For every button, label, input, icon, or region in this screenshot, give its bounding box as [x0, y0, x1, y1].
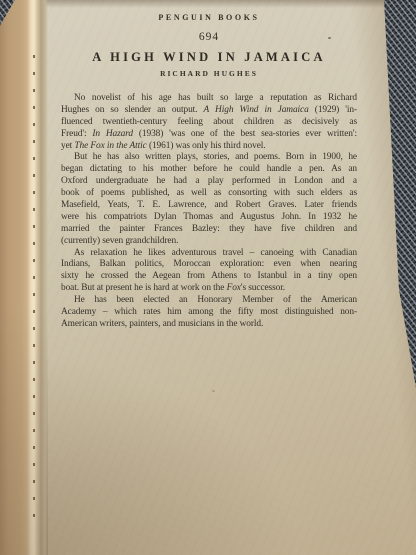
book-title: A HIGH WIND IN JAMAICA — [61, 50, 357, 65]
text-line: yet The Fox in the Attic (1961) was only… — [61, 141, 357, 153]
text-line: He has been elected an Honorary Member o… — [61, 295, 357, 307]
text-line: Indians, Balkan politics, Moroccan explo… — [61, 259, 357, 271]
text-line: But he has also written plays, stories, … — [61, 152, 357, 164]
body-paragraph: No novelist of his age has built so larg… — [61, 93, 357, 152]
text-line: began dictating to his mother before he … — [61, 164, 357, 176]
book-page: PENGUIN BOOKS 694 A HIGH WIND IN JAMAICA… — [0, 0, 416, 555]
text-line: fluenced twentieth-century feeling about… — [61, 117, 357, 129]
paper-speck — [212, 390, 215, 392]
text-line: book of poems published, as well as cons… — [61, 188, 357, 200]
text-line: boat. But at present he is hard at work … — [61, 283, 357, 295]
text-line: American writers, painters, and musician… — [61, 319, 357, 331]
body-paragraph: As relaxation he likes adventurous trave… — [61, 248, 357, 296]
author-name: RICHARD HUGHES — [61, 69, 357, 78]
text-line: As relaxation he likes adventurous trave… — [61, 248, 357, 260]
binding-stitches — [33, 55, 35, 525]
text-line: sixty he crossed the Aegean from Athens … — [61, 271, 357, 283]
series-number: 694 — [61, 31, 357, 43]
blurb-text: No novelist of his age has built so larg… — [61, 93, 357, 331]
text-line: Academy – which rates him among the fift… — [61, 307, 357, 319]
spine-gutter — [0, 0, 48, 555]
text-line: (currently) seven grandchildren. — [61, 236, 357, 248]
book-page-photo: PENGUIN BOOKS 694 A HIGH WIND IN JAMAICA… — [0, 0, 416, 555]
text-line: married the painter Frances Bazley: they… — [61, 224, 357, 236]
text-line: No novelist of his age has built so larg… — [61, 93, 357, 105]
body-paragraph: He has been elected an Honorary Member o… — [61, 295, 357, 331]
text-line: Hughes on so slender an output. A High W… — [61, 105, 357, 117]
paper-speck — [328, 37, 331, 39]
text-line: were his compatriots Dylan Thomas and Au… — [61, 212, 357, 224]
text-line: Oxford undergraduate he had a play perfo… — [61, 176, 357, 188]
text-line: Masefield, Yeats, T. E. Lawrence, and Ro… — [61, 200, 357, 212]
body-paragraph: But he has also written plays, stories, … — [61, 152, 357, 247]
publisher-imprint: PENGUIN BOOKS — [61, 0, 357, 22]
text-line: Freud': In Hazard (1938) 'was one of the… — [61, 129, 357, 141]
page-content: PENGUIN BOOKS 694 A HIGH WIND IN JAMAICA… — [61, 0, 357, 331]
